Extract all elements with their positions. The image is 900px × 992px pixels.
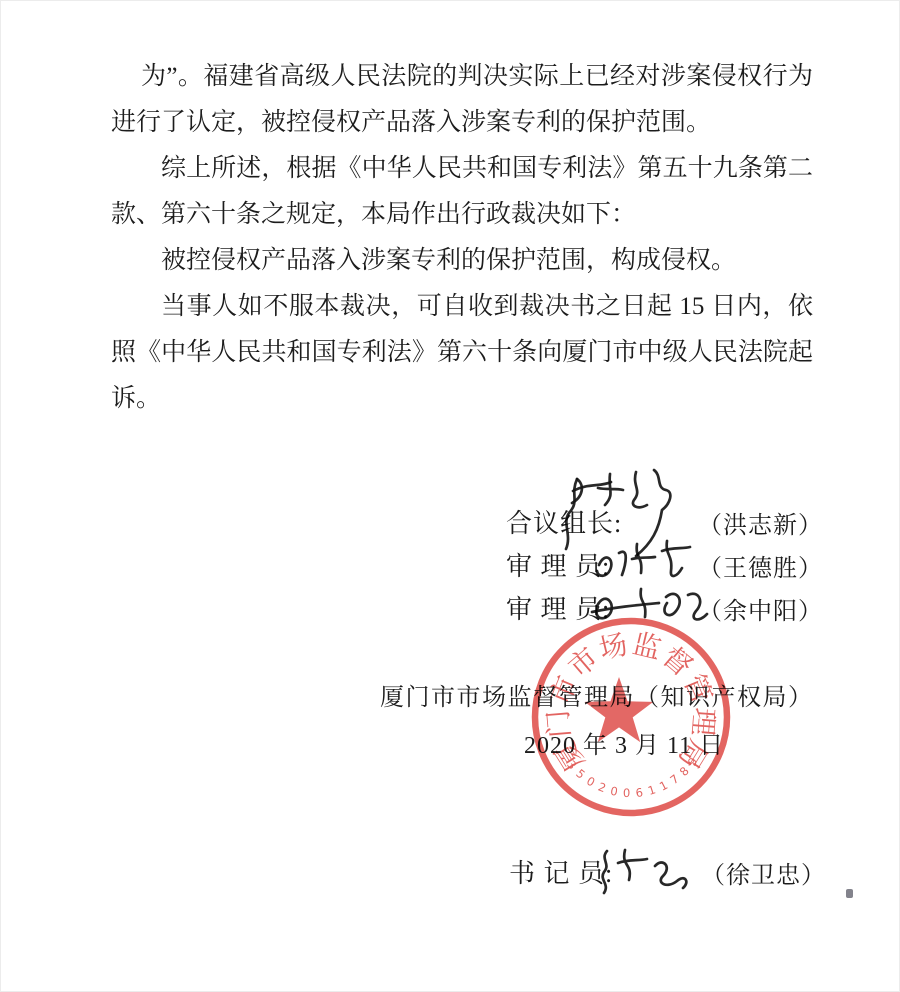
- body-paragraph-appeal-rights: 当事人如不服本裁决，可自收到裁决书之日起 15 日内，依照《中华人民共和国专利法…: [111, 284, 813, 422]
- body-paragraph-continuation: 为”。福建省高级人民法院的判决实际上已经对涉案侵权行为进行了认定，被控侵权产品落…: [111, 54, 813, 146]
- body-paragraph-ruling: 被控侵权产品落入涉案专利的保护范围，构成侵权。: [111, 238, 813, 284]
- panel-chief-name: （洪志新）: [698, 505, 823, 540]
- seal-star-icon: [585, 677, 653, 742]
- scan-speck: [846, 889, 853, 898]
- body-paragraph-conclusion: 综上所述，根据《中华人民共和国专利法》第五十九条第二款、第六十条之规定，本局作出…: [111, 146, 813, 238]
- handwritten-signature-clerk: [595, 839, 725, 901]
- official-seal: 厦门市市场监督管理局 3502006117890: [525, 611, 737, 823]
- scanned-decision-page: 为”。福建省高级人民法院的判决实际上已经对涉案侵权行为进行了认定，被控侵权产品落…: [0, 0, 900, 992]
- decision-body: 为”。福建省高级人民法院的判决实际上已经对涉案侵权行为进行了认定，被控侵权产品落…: [111, 54, 813, 422]
- examiner-1-name: （王德胜）: [698, 548, 823, 583]
